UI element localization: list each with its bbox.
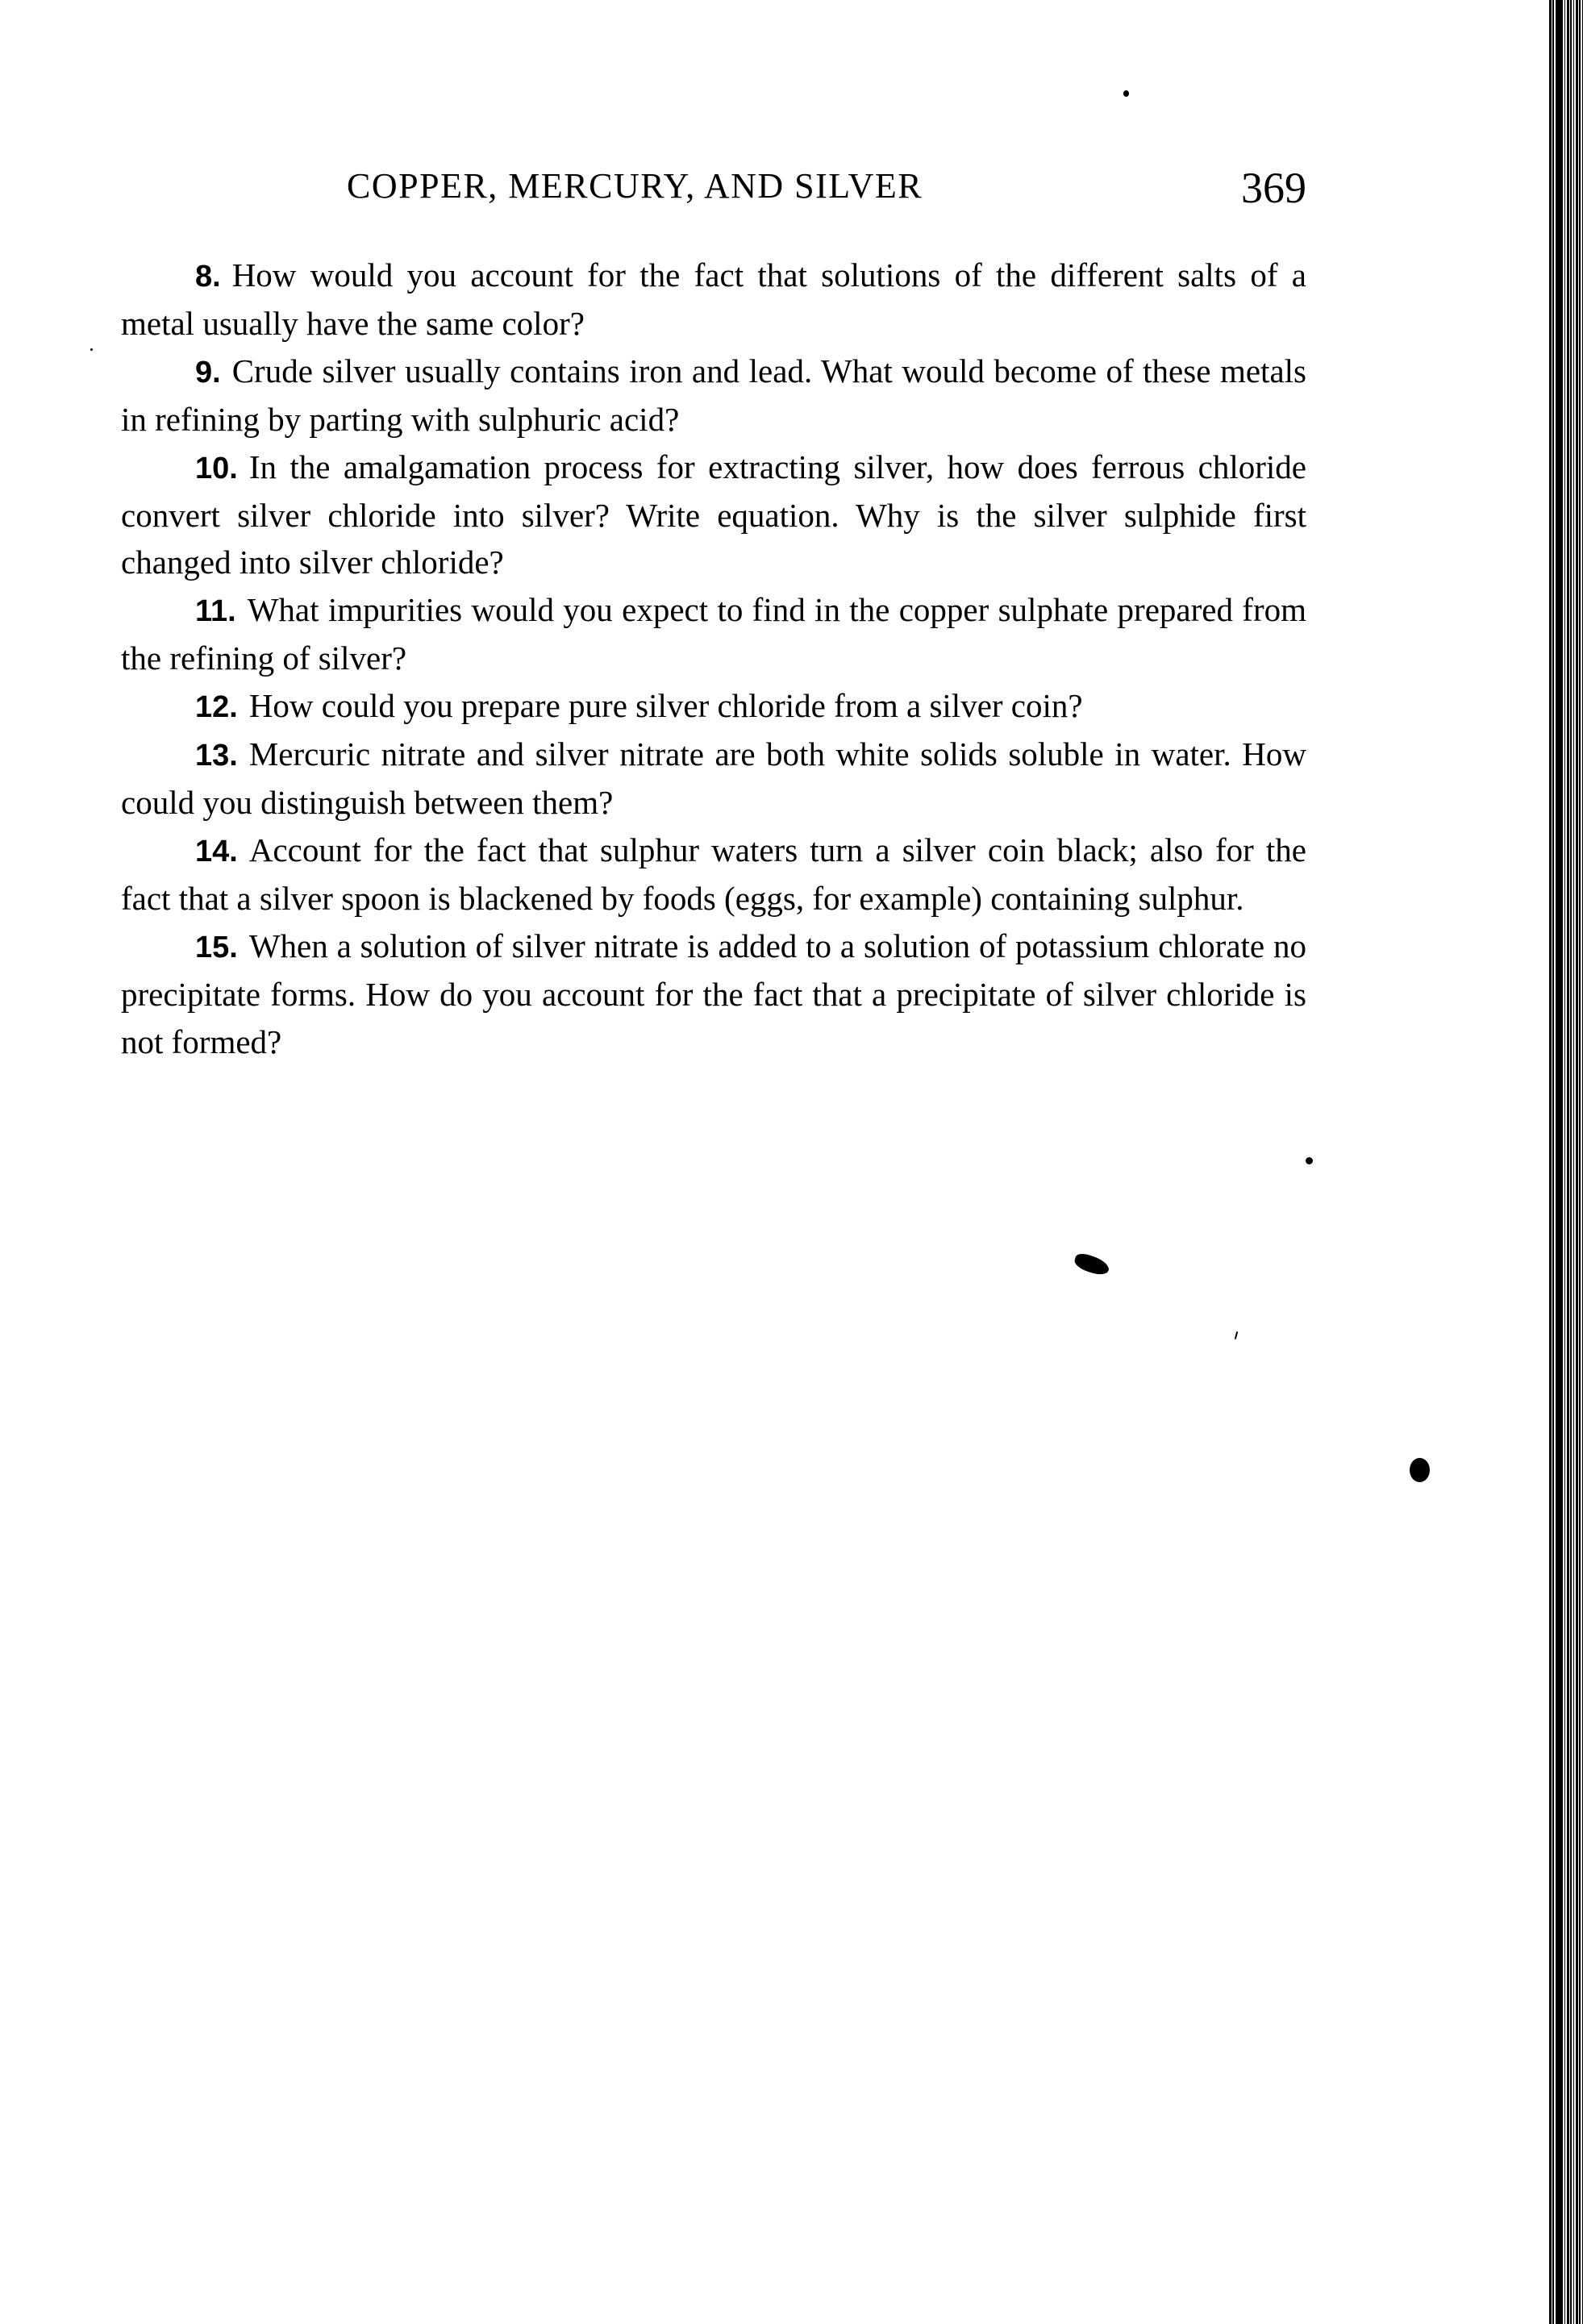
question-number: 11.	[195, 594, 236, 628]
question-text: Mercuric nitrate and silver nitrate are …	[121, 735, 1306, 821]
question-8: 8.How would you account for the fact tha…	[121, 252, 1306, 348]
question-11: 11.What impurities would you expect to f…	[121, 586, 1306, 682]
question-15: 15.When a solution of silver nitrate is …	[121, 923, 1306, 1065]
question-text: In the amalgamation process for extracti…	[121, 448, 1306, 581]
question-14: 14.Account for the fact that sulphur wat…	[121, 827, 1306, 923]
question-number: 10.	[195, 452, 238, 485]
running-title: COPPER, MERCURY, AND SILVER	[347, 158, 923, 214]
question-text: What impurities would you expect to find…	[121, 591, 1306, 677]
ink-speck	[90, 348, 93, 351]
question-text: How would you account for the fact that …	[121, 256, 1306, 342]
ink-scratch	[1235, 1331, 1239, 1339]
question-text: When a solution of silver nitrate is add…	[121, 927, 1306, 1060]
book-binding-shadow	[1549, 0, 1583, 2324]
question-text: How could you prepare pure silver chlori…	[249, 687, 1083, 724]
question-13: 13.Mercuric nitrate and silver nitrate a…	[121, 731, 1306, 827]
question-text: Account for the fact that sulphur waters…	[121, 831, 1306, 917]
question-number: 8.	[195, 260, 221, 294]
ink-speck	[1306, 1157, 1313, 1164]
exercise-list: 8.How would you account for the fact tha…	[121, 252, 1306, 1065]
question-number: 12.	[195, 690, 238, 724]
question-number: 15.	[195, 931, 238, 964]
running-head: COPPER, MERCURY, AND SILVER 369	[121, 158, 1306, 214]
book-page: COPPER, MERCURY, AND SILVER 369 8.How wo…	[0, 0, 1583, 2324]
book-binding-edge	[1556, 0, 1562, 2324]
ink-speck	[1123, 90, 1129, 97]
page-number: 369	[1241, 160, 1306, 216]
question-number: 9.	[195, 356, 221, 389]
question-number: 14.	[195, 835, 238, 868]
question-text: Crude silver usually contains iron and l…	[121, 352, 1306, 438]
question-10: 10.In the amalgamation process for extra…	[121, 444, 1306, 586]
question-12: 12.How could you prepare pure silver chl…	[121, 682, 1306, 731]
ink-smudge	[1073, 1252, 1111, 1278]
question-number: 13.	[195, 739, 238, 773]
ink-blot	[1410, 1458, 1430, 1482]
question-9: 9.Crude silver usually contains iron and…	[121, 348, 1306, 444]
